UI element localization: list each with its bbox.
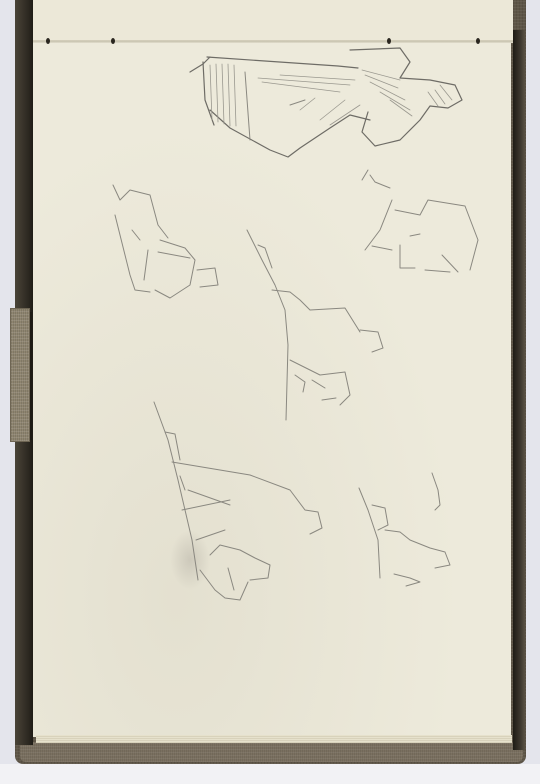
sketch-seated-figure-shaded — [190, 48, 462, 157]
sketch-figure-upper-right — [362, 170, 478, 272]
sketch-figure-center — [247, 230, 383, 420]
pencil-sketches — [0, 0, 540, 784]
sketch-figure-upper-left — [113, 185, 218, 298]
sketch-figure-lower-right — [359, 473, 450, 586]
sketch-figure-lower-left — [154, 402, 322, 600]
